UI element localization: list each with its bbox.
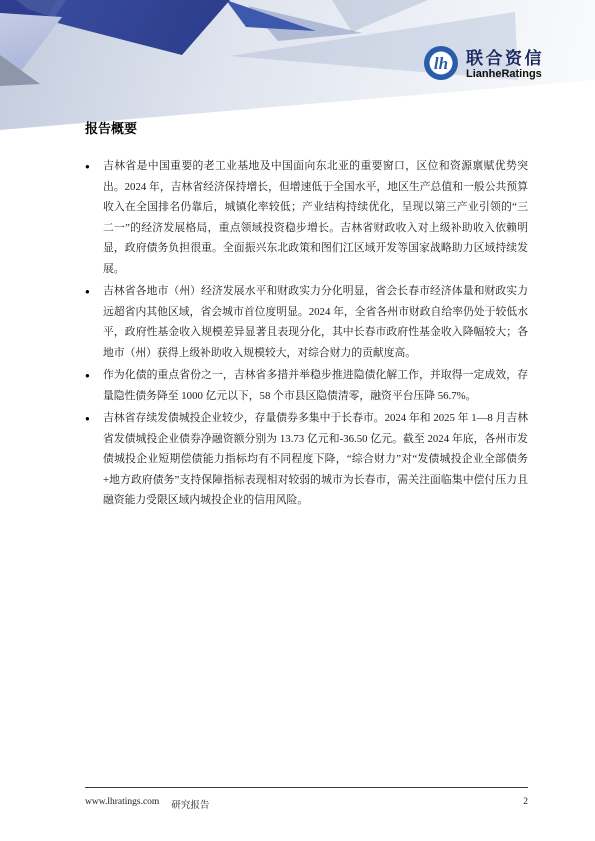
summary-bullet-1: ● 吉林省是中国重要的老工业基地及中国面向东北亚的重要窗口，区位和资源禀赋优势突… (85, 156, 528, 279)
summary-list: ● 吉林省是中国重要的老工业基地及中国面向东北亚的重要窗口，区位和资源禀赋优势突… (85, 156, 528, 511)
bullet-text-3: 作为化债的重点省份之一，吉林省多措并举稳步推进隐债化解工作，并取得一定成效，存量… (103, 365, 528, 406)
lianhe-ratings-logo: lh 联合资信 LianheRatings (423, 45, 544, 86)
bullet-text-4: 吉林省存续发债城投企业较少，存量债券多集中于长春市。2024 年和 2025 年… (103, 408, 528, 511)
bullet-text-2: 吉林省各地市（州）经济发展水平和财政实力分化明显，省会长春市经济体量和财政实力远… (103, 281, 528, 363)
svg-text:lh: lh (434, 54, 448, 73)
bullet-marker-icon: ● (85, 409, 103, 430)
summary-bullet-2: ● 吉林省各地市（州）经济发展水平和财政实力分化明显，省会长春市经济体量和财政实… (85, 281, 528, 363)
bullet-text-1: 吉林省是中国重要的老工业基地及中国面向东北亚的重要窗口，区位和资源禀赋优势突出。… (103, 156, 528, 279)
page-number: 2 (523, 797, 528, 807)
page-footer: www.lhratings.com 研究报告 2 (85, 787, 528, 811)
summary-bullet-3: ● 作为化债的重点省份之一，吉林省多措并举稳步推进隐债化解工作，并取得一定成效，… (85, 365, 528, 406)
summary-bullet-4: ● 吉林省存续发债城投企业较少，存量债券多集中于长春市。2024 年和 2025… (85, 408, 528, 511)
bullet-marker-icon: ● (85, 366, 103, 387)
footer-divider (85, 787, 528, 788)
bullet-marker-icon: ● (85, 282, 103, 303)
section-title: 报告概要 (85, 118, 528, 137)
report-body: 报告概要 ● 吉林省是中国重要的老工业基地及中国面向东北亚的重要窗口，区位和资源… (85, 118, 528, 513)
footer-website: www.lhratings.com (85, 797, 159, 811)
bullet-marker-icon: ● (85, 157, 103, 178)
logo-english-name: LianheRatings (466, 69, 544, 81)
report-page: lh 联合资信 LianheRatings 报告概要 ● 吉林省是中国重要的老工… (0, 0, 595, 841)
lianhe-logo-circle-icon: lh (423, 45, 459, 86)
logo-chinese-name: 联合资信 (466, 50, 544, 68)
footer-report-type: 研究报告 (171, 797, 209, 811)
